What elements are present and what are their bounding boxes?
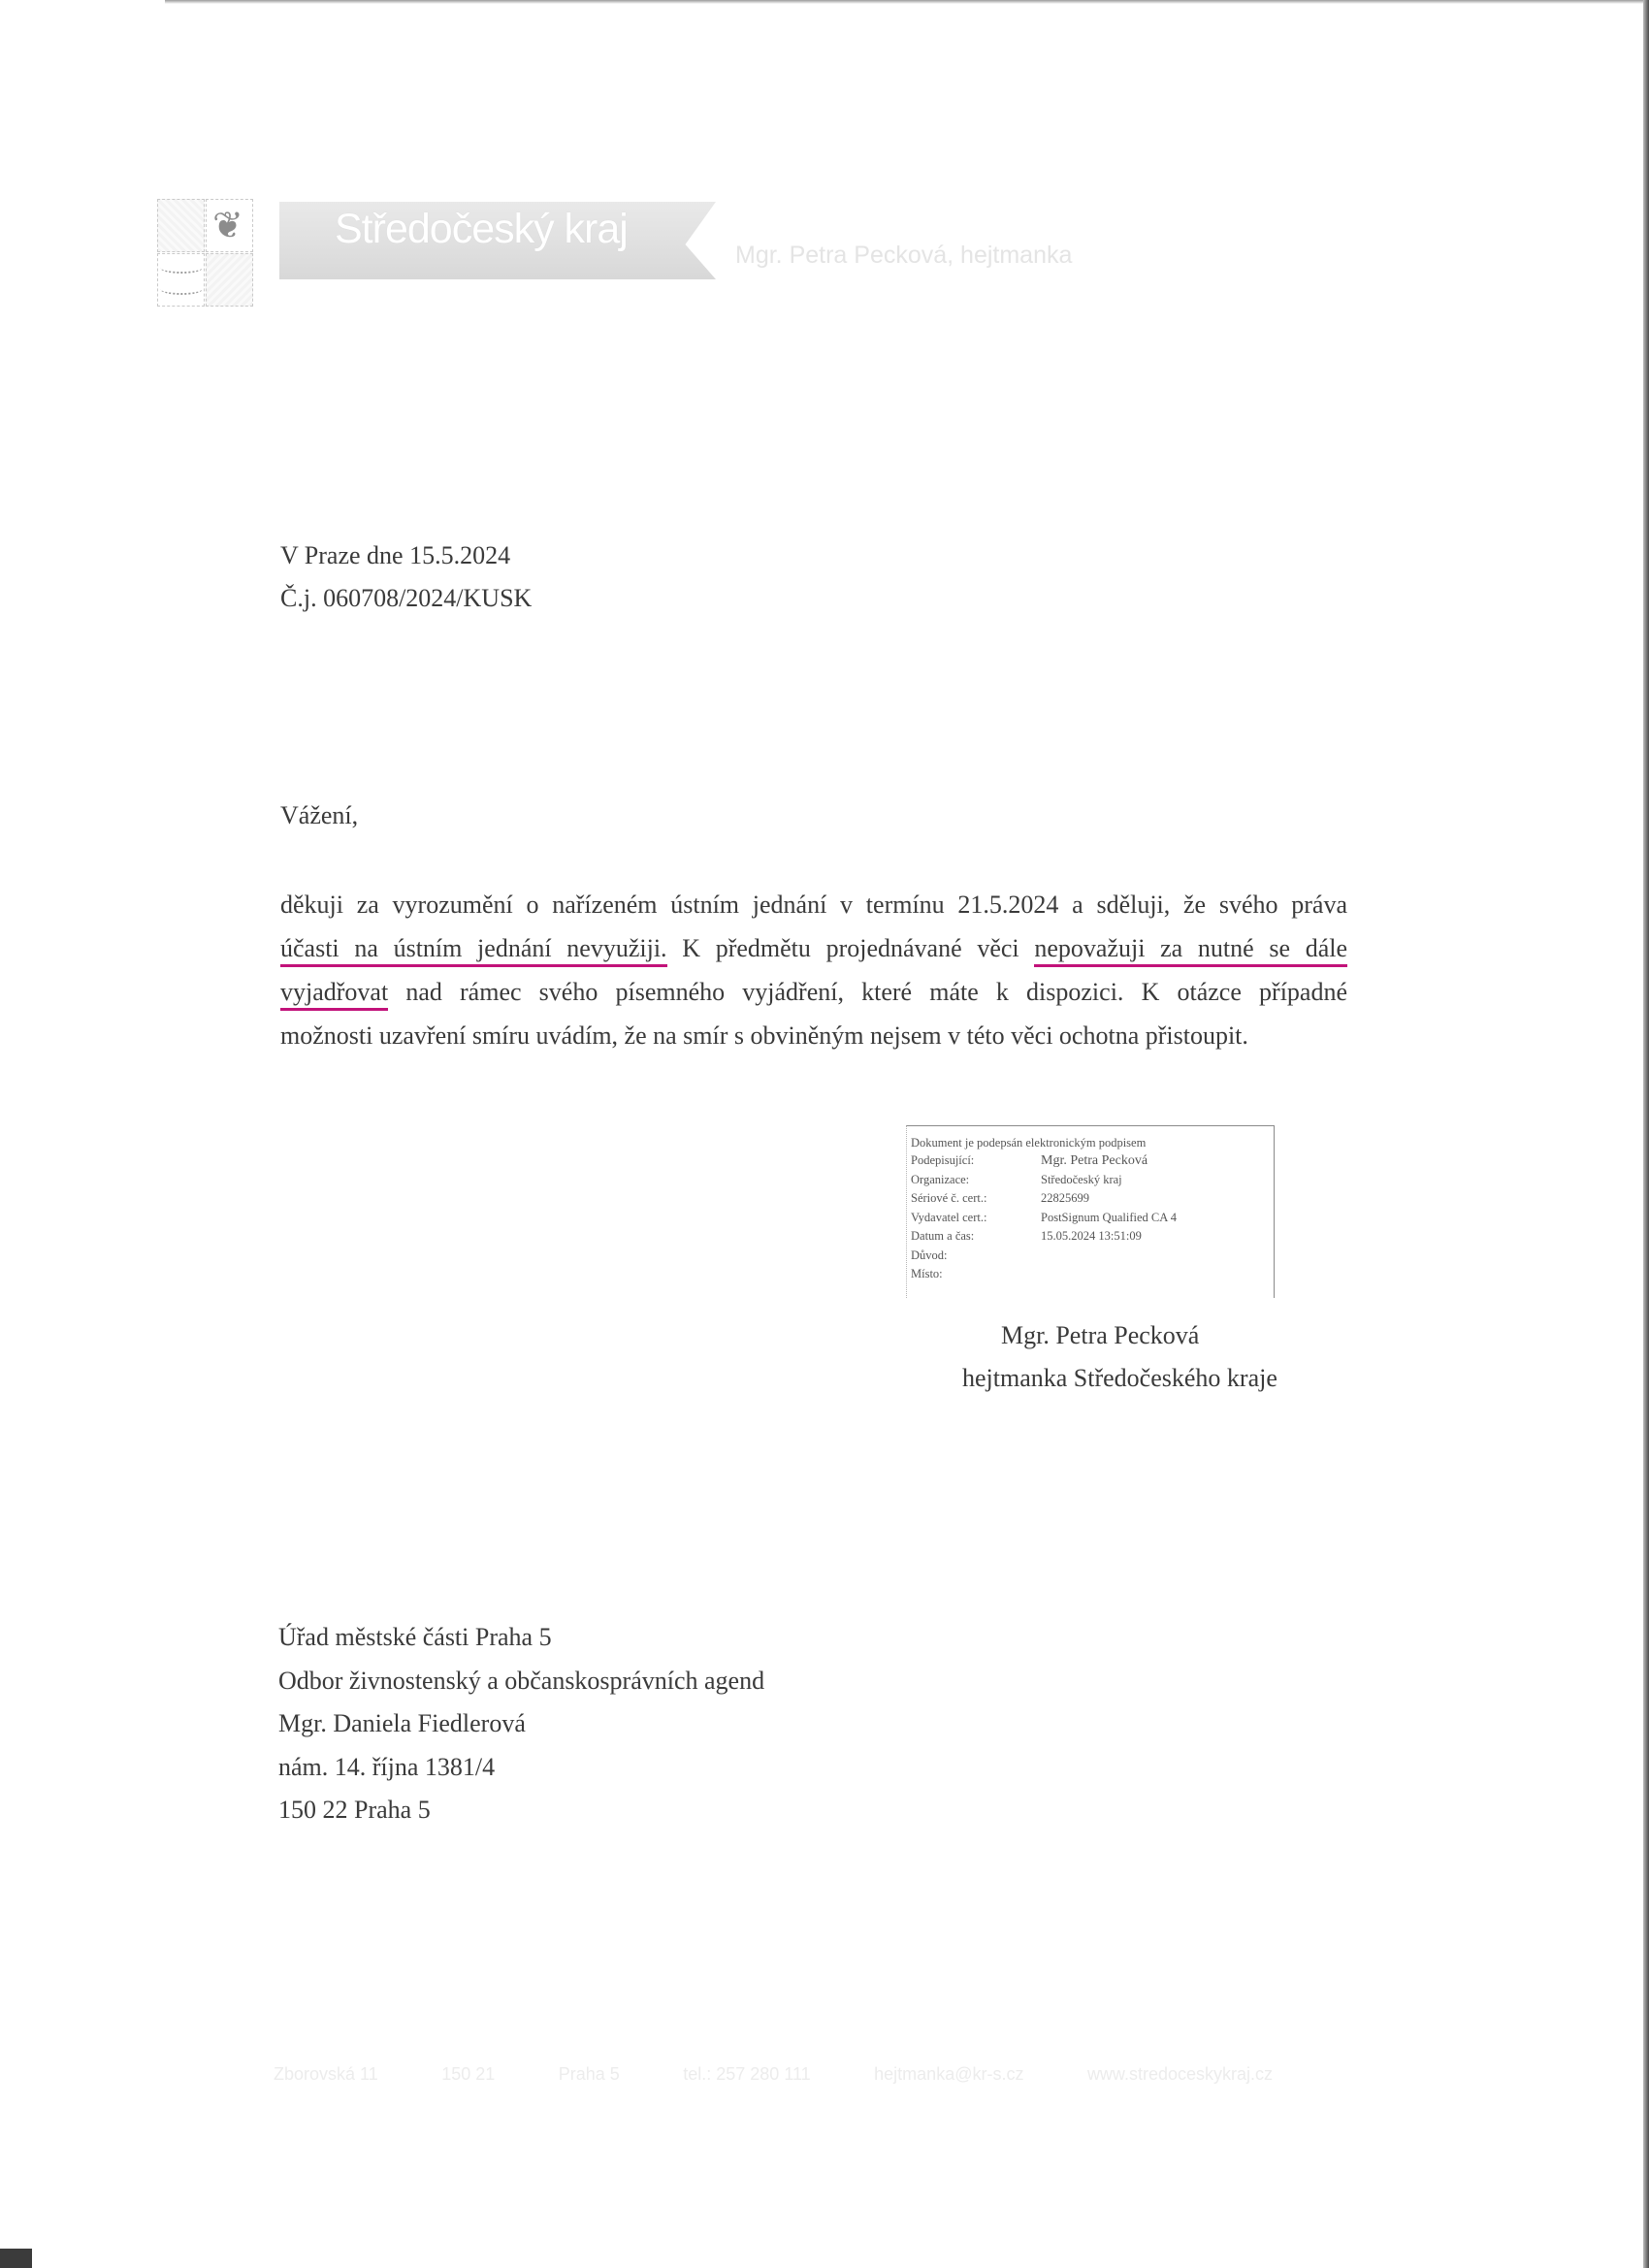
footer-item: tel.: 257 280 111 xyxy=(683,2064,810,2085)
scan-corner xyxy=(0,2249,32,2268)
address-line: Odbor živnostenský a občanskosprávních a… xyxy=(278,1667,764,1710)
signature-rows: Podepisující:Mgr. Petra PeckováOrganizac… xyxy=(911,1151,1274,1284)
signature-box-header: Dokument je podepsán elektronickým podpi… xyxy=(911,1134,1274,1151)
signature-row: Podepisující:Mgr. Petra Pecková xyxy=(911,1151,1274,1171)
eagle-icon: ❦ xyxy=(212,204,243,248)
body-line: děkuji za vyrozumění o nařízeném ústním … xyxy=(280,891,1347,934)
body-line: možnosti uzavření smíru uvádím, že na sm… xyxy=(280,1021,1347,1065)
signature-row: Důvod: xyxy=(911,1247,1274,1266)
body-line: účasti na ústním jednání nevyužiji. K př… xyxy=(280,934,1347,978)
signer-name: Mgr. Petra Pecková xyxy=(1001,1321,1199,1350)
highlighted-text: účasti na ústním jednání nevyužiji. xyxy=(280,934,667,967)
footer-item: 150 21 xyxy=(441,2064,495,2085)
place-date: V Praze dne 15.5.2024 xyxy=(280,541,510,570)
footer-item: hejtmanka@kr-s.cz xyxy=(874,2064,1023,2085)
footer-item: www.stredoceskykraj.cz xyxy=(1087,2064,1273,2085)
footer-item: Praha 5 xyxy=(559,2064,620,2085)
signature-label: Místo: xyxy=(911,1265,1041,1284)
signature-value: Středočeský kraj xyxy=(1041,1171,1122,1190)
footer-item: Zborovská 11 xyxy=(274,2064,378,2085)
highlighted-text: nepovažuji za nutné se dále xyxy=(1034,934,1347,967)
reference-number: Č.j. 060708/2024/KUSK xyxy=(280,584,532,613)
signature-label: Sériové č. cert.: xyxy=(911,1189,1041,1209)
body-text: K předmětu projednávané věci xyxy=(667,934,1035,962)
signature-label: Datum a čas: xyxy=(911,1227,1041,1247)
address-line: nám. 14. října 1381/4 xyxy=(278,1753,764,1797)
recipient-address: Úřad městské části Praha 5 Odbor živnost… xyxy=(278,1623,764,1839)
body-text: nad rámec svého písemného vyjádření, kte… xyxy=(388,978,1347,1006)
body-line: vyjadřovat nad rámec svého písemného vyj… xyxy=(280,978,1347,1021)
salutation: Vážení, xyxy=(280,801,358,830)
signature-row: Sériové č. cert.:22825699 xyxy=(911,1189,1274,1209)
crest-quarter xyxy=(206,253,253,307)
address-line: Úřad městské části Praha 5 xyxy=(278,1623,764,1667)
signature-value: 22825699 xyxy=(1041,1189,1089,1209)
signature-row: Datum a čas:15.05.2024 13:51:09 xyxy=(911,1227,1274,1247)
coat-of-arms-icon: ❦ xyxy=(157,199,254,308)
scan-edge-right xyxy=(1643,0,1649,2268)
address-line: Mgr. Daniela Fiedlerová xyxy=(278,1709,764,1753)
signature-label: Podepisující: xyxy=(911,1151,1041,1171)
organization-name: Středočeský kraj xyxy=(335,206,628,253)
scan-edge-top xyxy=(165,0,1649,4)
signature-row: Organizace:Středočeský kraj xyxy=(911,1171,1274,1190)
signature-value: 15.05.2024 13:51:09 xyxy=(1041,1227,1142,1247)
signature-label: Důvod: xyxy=(911,1247,1041,1266)
signature-row: Vydavatel cert.:PostSignum Qualified CA … xyxy=(911,1209,1274,1228)
crest-quarter xyxy=(157,199,205,252)
highlighted-text: vyjadřovat xyxy=(280,978,388,1011)
signature-row: Místo: xyxy=(911,1265,1274,1284)
signature-label: Organizace: xyxy=(911,1171,1041,1190)
crest-quarter-waves xyxy=(157,253,205,307)
signature-label: Vydavatel cert.: xyxy=(911,1209,1041,1228)
header-subtitle: Mgr. Petra Pecková, hejtmanka xyxy=(735,242,1072,270)
signer-title: hejtmanka Středočeského kraje xyxy=(962,1364,1277,1393)
body-paragraph: děkuji za vyrozumění o nařízeném ústním … xyxy=(280,891,1347,1065)
address-line: 150 22 Praha 5 xyxy=(278,1796,764,1839)
electronic-signature-box: Dokument je podepsán elektronickým podpi… xyxy=(906,1125,1275,1298)
signature-value: Mgr. Petra Pecková xyxy=(1041,1151,1148,1171)
wave-icon xyxy=(160,283,203,295)
footer: Zborovská 11 150 21 Praha 5 tel.: 257 28… xyxy=(274,2064,1273,2085)
crest-quarter-eagle: ❦ xyxy=(206,199,253,252)
wave-icon xyxy=(160,262,203,274)
signature-value: PostSignum Qualified CA 4 xyxy=(1041,1209,1177,1228)
